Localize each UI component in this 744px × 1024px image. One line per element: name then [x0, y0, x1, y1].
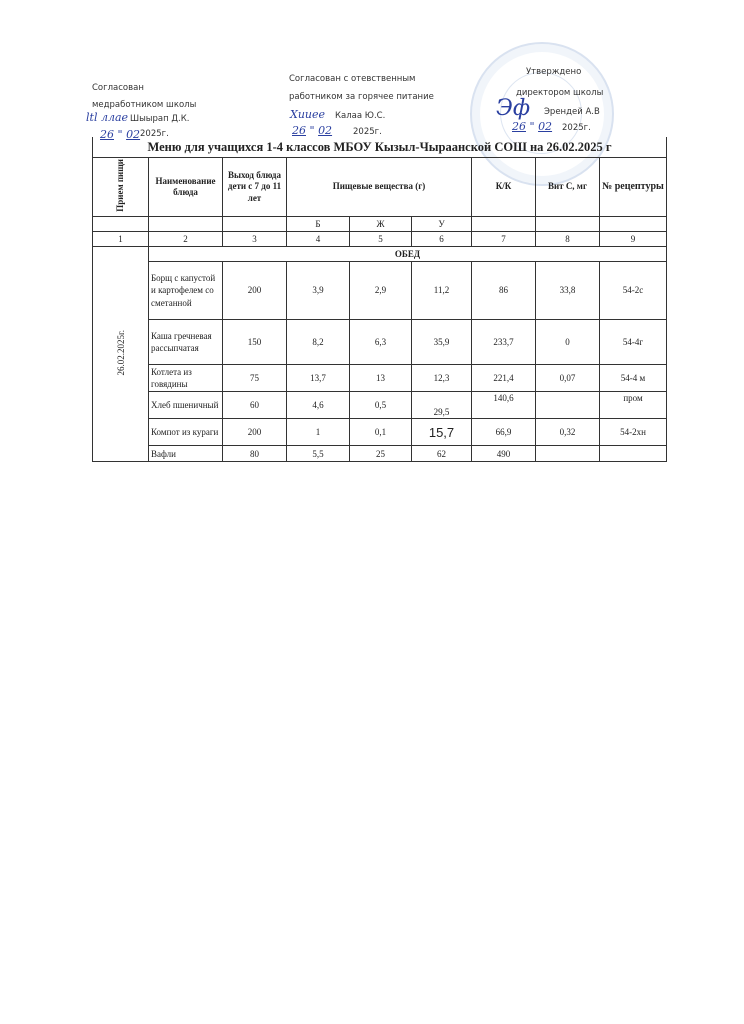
approval-catering-signer: Калаа Ю.С.: [335, 112, 385, 121]
header-vitc: Вит С, мг: [536, 158, 600, 217]
approval-catering-month: 02: [318, 124, 332, 137]
approval-director-signer: Эрендей А.В: [544, 108, 600, 117]
table-row: Компот из кураги 200 1 0,1 15,7 66,9 0,3…: [93, 419, 667, 446]
header-portion: Выход блюда дети с 7 до 11 лет: [223, 158, 287, 217]
approval-director-line1: Утверждено: [526, 68, 581, 77]
menu-table: Меню для учащихся 1-4 классов МБОУ Кызыл…: [92, 137, 667, 462]
header-meal: Прием пищи: [93, 158, 149, 217]
approval-director-day: 26: [512, 120, 526, 133]
table-row: Борщ с капустой и картофелем со сметанно…: [93, 261, 667, 319]
signature-catering: Xuuee: [290, 108, 325, 121]
table-row: Каша гречневая рассыпчатая 150 8,2 6,3 3…: [93, 319, 667, 364]
subheader-protein: Б: [287, 216, 350, 231]
table-row: Вафли 80 5,5 25 62 490: [93, 446, 667, 462]
header-recipe: № рецептуры: [600, 158, 667, 217]
approval-catering-day: 26: [292, 124, 306, 137]
signature-director: Эф: [496, 96, 530, 121]
approval-catering-year: 2025г.: [353, 128, 382, 137]
signature-medical: ltl ллаe: [86, 111, 128, 124]
header-nutrients: Пищевые вещества (г): [287, 158, 472, 217]
approval-director-year: 2025г.: [562, 124, 591, 133]
approval-director-month: 02: [538, 120, 552, 133]
table-row: Хлеб пшеничный 60 4,6 0,5 29,5 140,6 про…: [93, 392, 667, 419]
approval-catering-line2: работником за горячее питание: [289, 93, 434, 102]
subheader-carbs: У: [412, 216, 472, 231]
menu-title: Меню для учащихся 1-4 классов МБОУ Кызыл…: [93, 137, 667, 158]
section-lunch: ОБЕД: [149, 246, 667, 261]
column-number-row: 1 2 3 4 5 6 7 8 9: [93, 231, 667, 246]
table-row: Котлета из говядины 75 13,7 13 12,3 221,…: [93, 364, 667, 391]
date-cell: 26.02.2025г.: [93, 246, 149, 461]
header-kcal: К/К: [472, 158, 536, 217]
approval-medical-line2: медработником школы: [92, 101, 196, 110]
header-dish: Наименование блюда: [149, 158, 223, 217]
approval-catering-date: 26 " 02: [292, 124, 332, 137]
subheader-fat: Ж: [350, 216, 412, 231]
menu-date: 26.02.2025г.: [116, 330, 126, 375]
approval-medical-signer: Шыырап Д.К.: [130, 115, 189, 124]
approval-director-date: 26 " 02: [512, 120, 552, 133]
approval-medical-line1: Согласован: [92, 84, 144, 93]
approval-catering-line1: Согласован с отевственным: [289, 75, 415, 84]
